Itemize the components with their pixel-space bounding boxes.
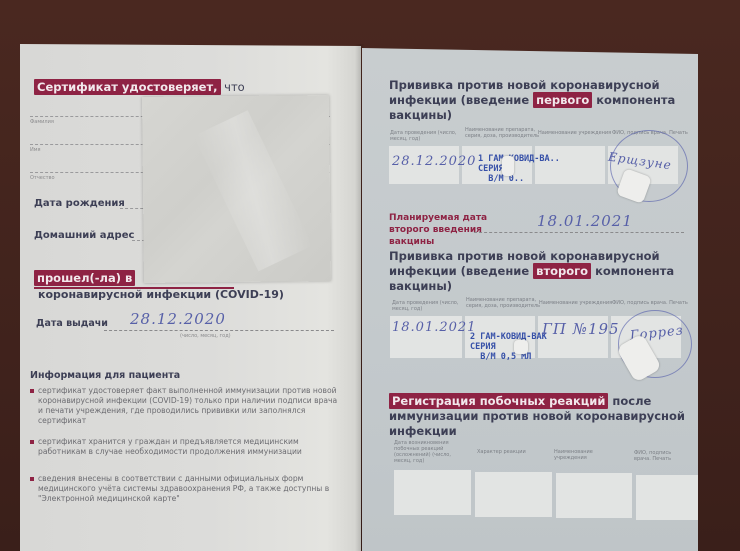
certificate-left-page: Сертификат удостоверяет, что Фамилия Имя… xyxy=(20,44,361,551)
side-effects-reaction-cell xyxy=(475,472,552,517)
dose2-col-date: Дата проведения (число, месяц, год) xyxy=(392,300,472,312)
dose2-date-value: 18.01.2021 xyxy=(392,320,476,335)
birth-date-label: Дата рождения xyxy=(34,198,125,209)
side-effects-institution-cell xyxy=(556,473,632,518)
paper-sticker-cover xyxy=(142,95,331,283)
covid-line: коронавирусной инфекции (COVID-19) xyxy=(38,288,284,301)
certificate-title: Сертификат удостоверяет, что xyxy=(34,80,245,94)
issue-date-caption: (число, месяц, год) xyxy=(180,333,231,339)
side-effects-col-institution: Наименование учреждения xyxy=(554,449,604,461)
planned-second-value: 18.01.2021 xyxy=(537,212,633,230)
side-effects-doctor-cell xyxy=(636,475,698,520)
side-effects-heading: Регистрация побочных реакций после иммун… xyxy=(389,394,685,439)
dose1-col-institution: Наименование учреждения xyxy=(538,130,618,136)
patronymic-caption: Отчество xyxy=(30,175,55,181)
info-bullet: сведения внесены в соответствии с данным… xyxy=(30,474,338,504)
dose2-col-vaccine: Наименование препарата, серия, доза, про… xyxy=(466,297,546,309)
dose1-col-vaccine: Наименование препарата, серия, доза, про… xyxy=(465,127,545,139)
info-bullet: сертификат хранится у граждан и предъявл… xyxy=(30,437,338,457)
info-bullet: сертификат удостоверяет факт выполненной… xyxy=(30,386,338,426)
certificate-right-page: Прививка против новой коронавирусной инф… xyxy=(362,48,698,551)
title-highlight: Сертификат удостоверяет, xyxy=(34,79,221,95)
name-caption: Имя xyxy=(30,147,41,153)
torn-sticker-fragment xyxy=(514,340,528,354)
dose2-heading-highlight: второго xyxy=(533,263,591,279)
side-effects-col-doctor: ФИО, подпись врача. Печать xyxy=(634,450,684,462)
dose1-date-value: 28.12.2020 xyxy=(392,154,476,169)
dose2-col-institution: Наименование учреждения xyxy=(539,300,619,306)
passed-vaccination-text: прошел(-ла) в xyxy=(34,271,135,285)
dose1-vaccine-stamp: 1 ГАМ-КОВИД-ВА.. СЕРИЯ В/М 0.. xyxy=(478,154,560,184)
issue-date-line xyxy=(104,330,334,331)
torn-sticker-fragment xyxy=(502,156,514,176)
dose2-vaccine-stamp: 2 ГАМ-КОВИД-ВАК СЕРИЯ В/М 0,5 МЛ xyxy=(470,332,547,362)
title-rest: что xyxy=(221,80,245,94)
surname-caption: Фамилия xyxy=(30,119,54,125)
dose1-heading: Прививка против новой коронавирусной инф… xyxy=(389,78,689,123)
planned-second-line xyxy=(474,232,684,233)
sticker-fold xyxy=(194,110,313,271)
passed-highlight: прошел(-ла) в xyxy=(34,270,135,286)
side-effects-heading-highlight: Регистрация побочных реакций xyxy=(389,393,608,409)
issue-date-label: Дата выдачи xyxy=(36,318,108,329)
side-effects-date-cell xyxy=(394,470,471,515)
side-effects-col-reaction: Характер реакции xyxy=(477,449,557,455)
issue-date-value: 28.12.2020 xyxy=(130,310,226,328)
dose2-institution-value: ГП №195 xyxy=(542,320,620,338)
side-effects-col-date: Дата возникновения побочных реакций (осл… xyxy=(394,440,456,464)
dose1-heading-highlight: первого xyxy=(533,92,592,108)
planned-second-label: Планируемая дата второго введения вакцин… xyxy=(389,212,499,248)
address-label: Домашний адрес xyxy=(34,230,134,241)
dose2-heading: Прививка против новой коронавирусной инф… xyxy=(389,249,689,294)
patient-info-title: Информация для пациента xyxy=(30,370,180,381)
dose2-col-doctor: ФИО, подпись врача. Печать xyxy=(612,300,692,306)
dose1-col-date: Дата проведения (число, месяц, год) xyxy=(390,130,470,142)
